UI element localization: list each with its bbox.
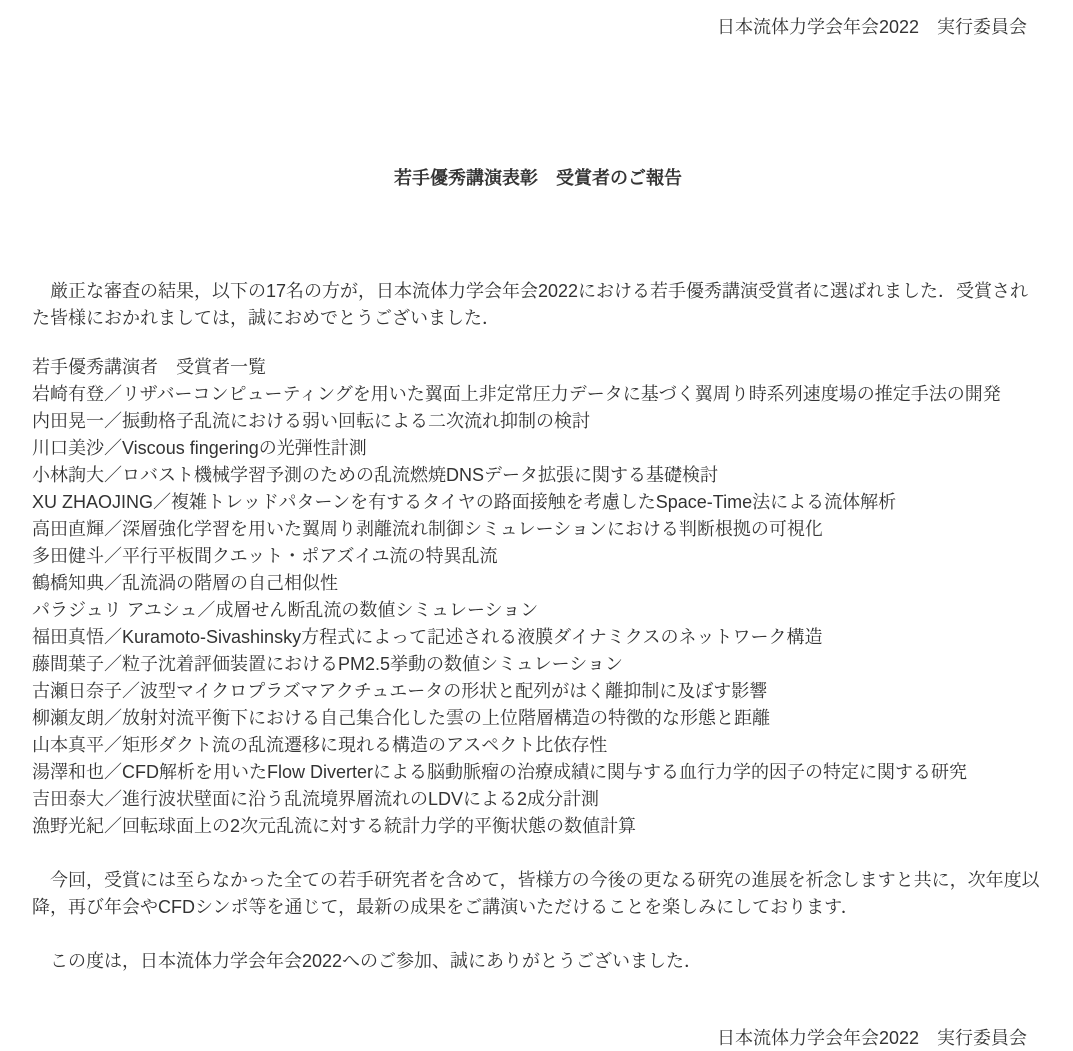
- winner-item: 鶴橋知典／乱流渦の階層の自己相似性: [32, 570, 1044, 597]
- closing-paragraph-2: この度は，日本流体力学会年会2022へのご参加、誠にありがとうございました．: [32, 948, 1044, 975]
- winner-item: 吉田泰大／進行波状壁面に沿う乱流境界層流れのLDVによる2成分計測: [32, 786, 1044, 813]
- winner-item: 湯澤和也／CFD解析を用いたFlow Diverterによる脳動脈瘤の治療成績に…: [32, 759, 1044, 786]
- page-footer: 日本流体力学会年会2022 実行委員会: [32, 1025, 1044, 1051]
- winners-section: 若手優秀講演者 受賞者一覧 岩崎有登／リザバーコンピューティングを用いた翼面上非…: [32, 354, 1044, 840]
- winner-item: パラジュリ アユシュ／成層せん断乱流の数値シミュレーション: [32, 597, 1044, 624]
- winner-item: 山本真平／矩形ダクト流の乱流遷移に現れる構造のアスペクト比依存性: [32, 732, 1044, 759]
- winner-item: 小林詢大／ロバスト機械学習予測のための乱流燃焼DNSデータ拡張に関する基礎検討: [32, 462, 1044, 489]
- intro-paragraph: 厳正な審査の結果，以下の17名の方が，日本流体力学会年会2022における若手優秀…: [32, 278, 1044, 332]
- page-header: 日本流体力学会年会2022 実行委員会: [32, 14, 1044, 41]
- winner-item: 古瀬日奈子／波型マイクロプラズマアクチュエータの形状と配列がはく離抑制に及ぼす影…: [32, 678, 1044, 705]
- winner-item: 高田直輝／深層強化学習を用いた翼周り剥離流れ制御シミュレーションにおける判断根拠…: [32, 516, 1044, 543]
- winner-item: 内田晃一／振動格子乱流における弱い回転による二次流れ抑制の検討: [32, 408, 1044, 435]
- report-page: 日本流体力学会年会2022 実行委員会 若手優秀講演表彰 受賞者のご報告 厳正な…: [0, 0, 1073, 1051]
- winner-item: XU ZHAOJING／複雑トレッドパターンを有するタイヤの路面接触を考慮したS…: [32, 489, 1044, 516]
- winner-item: 漁野光紀／回転球面上の2次元乱流に対する統計力学的平衡状態の数値計算: [32, 813, 1044, 840]
- closing-paragraph-1: 今回，受賞には至らなかった全ての若手研究者を含めて，皆様方の今後の更なる研究の進…: [32, 867, 1044, 921]
- winner-item: 福田真悟／Kuramoto-Sivashinsky方程式によって記述される液膜ダ…: [32, 624, 1044, 651]
- winners-list-header: 若手優秀講演者 受賞者一覧: [32, 354, 1044, 381]
- winner-item: 柳瀬友朗／放射対流平衡下における自己集合化した雲の上位階層構造の特徴的な形態と距…: [32, 705, 1044, 732]
- winner-item: 岩崎有登／リザバーコンピューティングを用いた翼面上非定常圧力データに基づく翼周り…: [32, 381, 1044, 408]
- winner-item: 藤間葉子／粒子沈着評価装置におけるPM2.5挙動の数値シミュレーション: [32, 651, 1044, 678]
- winner-item: 川口美沙／Viscous fingeringの光弾性計測: [32, 435, 1044, 462]
- page-title: 若手優秀講演表彰 受賞者のご報告: [32, 165, 1044, 192]
- winner-item: 多田健斗／平行平板間クエット・ポアズイユ流の特異乱流: [32, 543, 1044, 570]
